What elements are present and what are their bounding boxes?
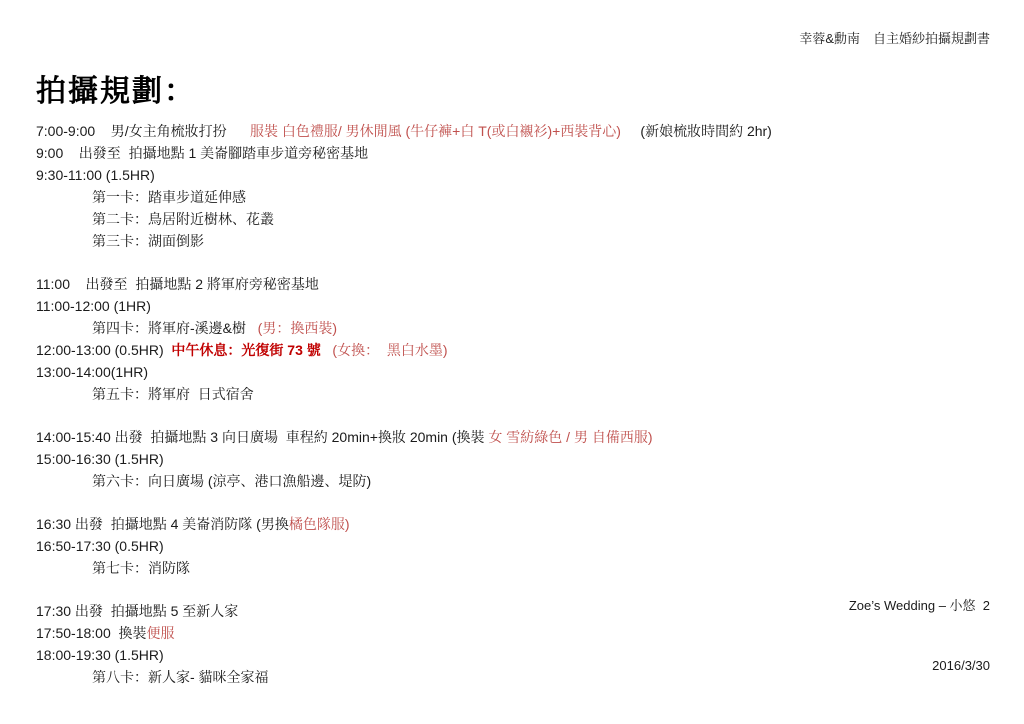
schedule-line: 17:30 出發 拍攝地點 5 至新人家 xyxy=(36,600,990,622)
schedule-line: 17:50-18:00 換裝便服 xyxy=(36,622,990,644)
schedule-text-black: 第五卡：將軍府 日式宿舍 xyxy=(92,386,254,402)
schedule-line: 第五卡：將軍府 日式宿舍 xyxy=(36,383,990,405)
schedule-text-red: (男：換西裝) xyxy=(258,320,337,336)
schedule-text-black: 第八卡：新人家- 貓咪全家福 xyxy=(92,669,269,685)
schedule-text-black: 第四卡：將軍府-溪邊&樹 xyxy=(92,320,258,336)
document-page: 幸蓉&勳南 自主婚紗拍攝規劃書 拍攝規劃： 7:00-9:00 男/女主角梳妝打… xyxy=(0,0,1024,724)
page-title: 拍攝規劃： xyxy=(36,74,990,110)
schedule-text-black: 14:00-15:40 出發 拍攝地點 3 向日廣場 車程約 20min+換妝 … xyxy=(36,429,488,445)
schedule-text-black: 11:00 出發至 拍攝地點 2 將軍府旁秘密基地 xyxy=(36,276,319,292)
schedule-text-black: 11:00-12:00 (1HR) xyxy=(36,298,151,314)
document-header: 幸蓉&勳南 自主婚紗拍攝規劃書 xyxy=(36,12,990,66)
schedule-text-black: 17:50-18:00 換裝 xyxy=(36,625,147,641)
schedule-line: 18:00-19:30 (1.5HR) xyxy=(36,644,990,666)
schedule-text-black: 第三卡：湖面倒影 xyxy=(92,233,204,249)
schedule-line: 16:50-17:30 (0.5HR) xyxy=(36,535,990,557)
schedule-text-black: 第一卡：踏車步道延伸感 xyxy=(92,189,246,205)
schedule-text-black: 18:00-19:30 (1.5HR) xyxy=(36,647,164,663)
schedule-line: 14:00-15:40 出發 拍攝地點 3 向日廣場 車程約 20min+換妝 … xyxy=(36,426,990,448)
schedule-text-black: 第七卡：消防隊 xyxy=(92,560,190,576)
footer-date-line: 2016/3/30 xyxy=(849,656,990,676)
schedule-text-black: 16:30 出發 拍攝地點 4 美崙消防隊 (男換 xyxy=(36,516,289,532)
schedule-text-redBold: 中午休息：光復街 73 號 xyxy=(171,342,320,358)
schedule-text-black: 16:50-17:30 (0.5HR) xyxy=(36,538,164,554)
schedule-text-black: 7:00-9:00 男/女主角梳妝打扮 xyxy=(36,123,250,139)
schedule-text-red: (女換： 黑白水墨) xyxy=(321,342,448,358)
document-footer: Zoe’s Wedding – 小悠 2 2016/3/30 xyxy=(849,556,990,716)
schedule-line: 第四卡：將軍府-溪邊&樹 (男：換西裝) xyxy=(36,317,990,339)
schedule-line: 11:00-12:00 (1HR) xyxy=(36,295,990,317)
schedule-line: 16:30 出發 拍攝地點 4 美崙消防隊 (男換橘色隊服) xyxy=(36,513,990,535)
schedule-line: 15:00-16:30 (1.5HR) xyxy=(36,448,990,470)
schedule-line: 第八卡：新人家- 貓咪全家福 xyxy=(36,666,990,688)
schedule-line: 9:00 出發至 拍攝地點 1 美崙腳踏車步道旁秘密基地 xyxy=(36,142,990,164)
header-right-text: 幸蓉&勳南 自主婚紗拍攝規劃書 xyxy=(799,31,990,46)
schedule-text-black: 17:30 出發 拍攝地點 5 至新人家 xyxy=(36,603,238,619)
schedule-line: 第七卡：消防隊 xyxy=(36,557,990,579)
schedule-text-red: 便服 xyxy=(147,625,175,641)
schedule-line: 11:00 出發至 拍攝地點 2 將軍府旁秘密基地 xyxy=(36,273,990,295)
schedule-text-red: 女 雪紡綠色 / 男 自備西服) xyxy=(488,429,652,445)
schedule-line: 第二卡：鳥居附近樹林、花叢 xyxy=(36,208,990,230)
schedule-text-red: 服裝 白色禮服/ 男休閒風 (牛仔褲+白 T(或白襯衫)+西裝背心) xyxy=(250,123,621,139)
schedule-text-black: 15:00-16:30 (1.5HR) xyxy=(36,451,164,467)
schedule-text-black: 第六卡：向日廣場 (涼亭、港口漁船邊、堤防) xyxy=(92,473,371,489)
schedule-line: 13:00-14:00(1HR) xyxy=(36,361,990,383)
schedule-line: 9:30-11:00 (1.5HR) xyxy=(36,164,990,186)
footer-page-line: Zoe’s Wedding – 小悠 2 xyxy=(849,596,990,616)
schedule-text-black: 13:00-14:00(1HR) xyxy=(36,364,148,380)
schedule-line: 第一卡：踏車步道延伸感 xyxy=(36,186,990,208)
schedule-line: 12:00-13:00 (0.5HR) 中午休息：光復街 73 號 (女換： 黑… xyxy=(36,339,990,361)
schedule-line: 7:00-9:00 男/女主角梳妝打扮 服裝 白色禮服/ 男休閒風 (牛仔褲+白… xyxy=(36,120,990,142)
schedule-text-black: 12:00-13:00 (0.5HR) xyxy=(36,342,171,358)
schedule-line: 第六卡：向日廣場 (涼亭、港口漁船邊、堤防) xyxy=(36,470,990,492)
schedule-text-black: 9:30-11:00 (1.5HR) xyxy=(36,167,155,183)
schedule-text-red: 橘色隊服) xyxy=(289,516,350,532)
schedule-line: 第三卡：湖面倒影 xyxy=(36,230,990,252)
schedule-text-black: 第二卡：鳥居附近樹林、花叢 xyxy=(92,211,274,227)
schedule-text-black: (新娘梳妝時間約 2hr) xyxy=(621,123,772,139)
schedule-text-black: 9:00 出發至 拍攝地點 1 美崙腳踏車步道旁秘密基地 xyxy=(36,145,368,161)
schedule: 7:00-9:00 男/女主角梳妝打扮 服裝 白色禮服/ 男休閒風 (牛仔褲+白… xyxy=(36,120,990,688)
